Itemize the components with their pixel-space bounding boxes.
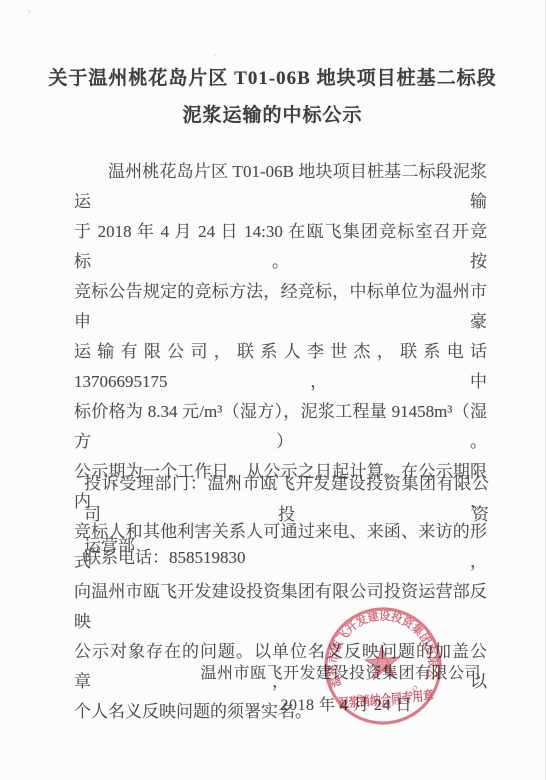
body-line: 运输有限公司，联系人李世杰，联系电话 13706695175，中 (74, 337, 487, 397)
notice-title-line1: 关于温州桃花岛片区 T01-06B 地块项目桩基二标段 (0, 60, 545, 97)
body-line: 于 2018 年 4 月 24 日 14:30 在瓯飞集团竞标室召开竞标。按 (74, 217, 487, 277)
notice-title: 关于温州桃花岛片区 T01-06B 地块项目桩基二标段 泥浆运输的中标公示 (0, 60, 545, 134)
complaint-department-line1: 投诉受理部门：温州市瓯飞开发建设投资集团有限公司投资 (84, 468, 489, 530)
company-seal: 温州市瓯飞开发建设投资集团有限公司 泥浆消纳合同专用章 580305003010… (321, 604, 445, 728)
body-line: 竞标公告规定的竞标方法，经竞标，中标单位为温州市申豪 (74, 277, 487, 337)
scan-artifact (28, 10, 31, 13)
notice-title-line2: 泥浆运输的中标公示 (0, 97, 545, 134)
seal-star-icon (364, 645, 401, 680)
scan-artifact (214, 54, 217, 56)
body-line: 温州桃花岛片区 T01-06B 地块项目桩基二标段泥浆运输 (74, 157, 487, 217)
body-line: 标价格为 8.34 元/m³（湿方），泥浆工程量 91458m³（湿方）。 (74, 397, 487, 457)
scanned-notice-page: 关于温州桃花岛片区 T01-06B 地块项目桩基二标段 泥浆运输的中标公示 温州… (0, 0, 546, 780)
contact-phone: 联系电话：858519830 (84, 543, 246, 568)
company-seal-graphic: 温州市瓯飞开发建设投资集团有限公司 泥浆消纳合同专用章 580305003010… (321, 604, 445, 728)
